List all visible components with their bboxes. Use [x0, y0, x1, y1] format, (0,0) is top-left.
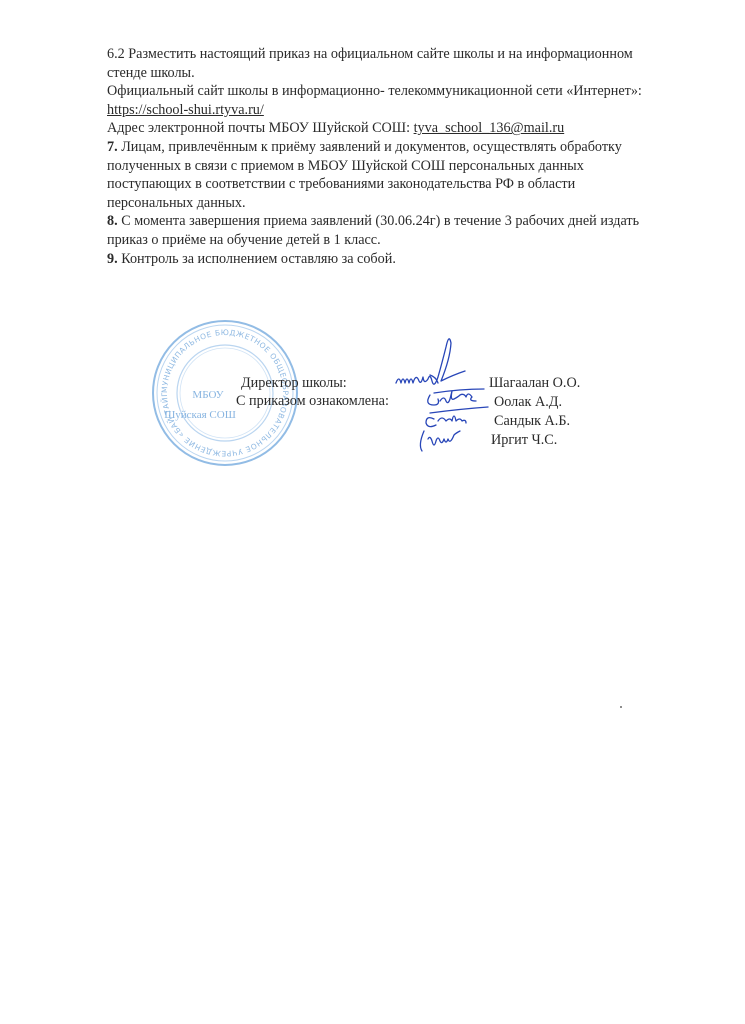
email-label: Адрес электронной почты МБОУ Шуйской СОШ… [107, 120, 414, 136]
director-label: Директор школы: [241, 374, 347, 393]
website-label: Официальный сайт школы в информационно- … [107, 82, 707, 101]
paragraph-8-line-2: приказ о приёме на обучение детей в 1 кл… [107, 231, 707, 250]
paragraph-7-line-2: полученных в связи с приемом в МБОУ Шуйс… [107, 157, 707, 176]
paragraph-6-2-line-1: 6.2 Разместить настоящий приказ на офици… [107, 45, 707, 64]
paragraph-7-number: 7. [107, 139, 118, 155]
paragraph-9-number: 9. [107, 251, 118, 267]
paragraph-7-line-4: персональных данных. [107, 194, 707, 213]
paragraph-7-text: Лицам, привлечённым к приёму заявлений и… [118, 139, 622, 155]
paragraph-8-text: С момента завершения приема заявлений (3… [118, 213, 639, 229]
paragraph-7-line-1: 7. Лицам, привлечённым к приёму заявлени… [107, 138, 707, 157]
website-link[interactable]: https://school-shui.rtyva.ru/ [107, 102, 264, 118]
signatory-name-1: Оолак А.Д. [494, 393, 562, 412]
email-link[interactable]: tyva_school_136@mail.ru [414, 120, 565, 136]
svg-text:МБОУ: МБОУ [192, 389, 223, 401]
paragraph-6-2-line-2: стенде школы. [107, 64, 707, 83]
acquainted-label: С приказом ознакомлена: [236, 392, 389, 411]
document-body: 6.2 Разместить настоящий приказ на офици… [107, 45, 707, 268]
signatory-name-director: Шагаалан О.О. [489, 374, 580, 393]
paragraph-8-number: 8. [107, 213, 118, 229]
paragraph-9-line-1: 9. Контроль за исполнением оставляю за с… [107, 250, 707, 269]
signatory-name-2: Сандык А.Б. [494, 412, 570, 431]
paragraph-8-line-1: 8. С момента завершения приема заявлений… [107, 212, 707, 231]
scan-speck [620, 706, 622, 708]
svg-text:Шуйская СОШ: Шуйская СОШ [164, 409, 236, 421]
signatory-name-3: Иргит Ч.С. [491, 431, 557, 450]
email-line: Адрес электронной почты МБОУ Шуйской СОШ… [107, 119, 707, 138]
handwritten-signatures-icon [390, 335, 500, 465]
paragraph-7-line-3: поступающих в соответствии с требованиям… [107, 175, 707, 194]
paragraph-9-text: Контроль за исполнением оставляю за собо… [118, 251, 396, 267]
document-page: 6.2 Разместить настоящий приказ на офици… [0, 0, 745, 1024]
